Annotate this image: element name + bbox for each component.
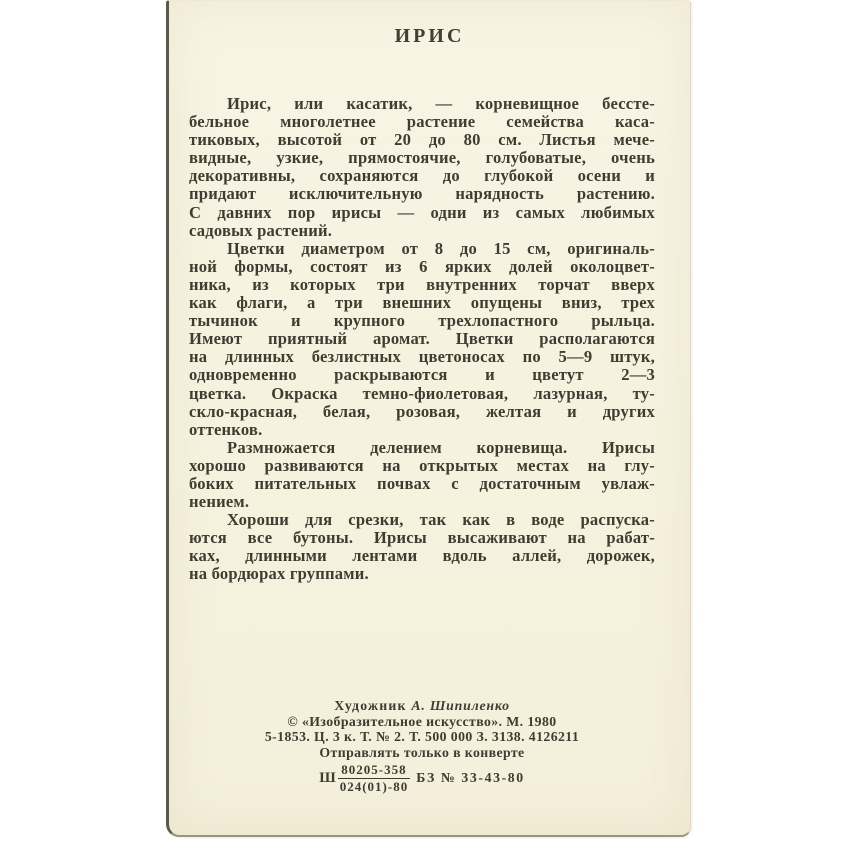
index-numerator: 80205-358 — [338, 763, 409, 779]
artist-credit: Художник А. Шипиленко — [189, 698, 655, 714]
body-line: Имеют приятный аромат. Цветки располагаю… — [189, 330, 655, 348]
index-code: Ш 80205-358 024(01)-80 БЗ № 33-43-80 — [189, 763, 655, 794]
card-title: ИРИС — [169, 25, 690, 48]
body-line: оттенков. — [189, 421, 655, 439]
body-line: ника, из которых три внутренних торчат в… — [189, 276, 655, 294]
body-line: хорошо развиваются на открытых местах на… — [189, 457, 655, 475]
body-line: одновременно раскрываются и цветут 2—3 — [189, 366, 655, 384]
index-suffix: БЗ № 33-43-80 — [416, 771, 525, 785]
body-line: цветка. Окраска темно-фиолетовая, лазурн… — [189, 385, 655, 403]
body-line: Хороши для срезки, так как в воде распус… — [189, 511, 655, 529]
publisher-line: © «Изобразительное искусство». М. 1980 — [189, 714, 655, 730]
card-body: Ирис, или касатик, — корневищное бессте-… — [189, 95, 655, 584]
postcard: ИРИС Ирис, или касатик, — корневищное бе… — [166, 0, 691, 837]
body-line: Цветки диаметром от 8 до 15 см, оригинал… — [189, 240, 655, 258]
body-line: придают исключительную нарядность растен… — [189, 185, 655, 203]
body-line: ках, длинными лентами вдоль аллей, дорож… — [189, 547, 655, 565]
body-line: Ирис, или касатик, — корневищное бессте- — [189, 95, 655, 113]
body-line: Размножается делением корневища. Ирисы — [189, 439, 655, 457]
body-line: ются все бутоны. Ирисы высаживают на раб… — [189, 529, 655, 547]
body-line: скло-красная, белая, розовая, желтая и д… — [189, 403, 655, 421]
body-line: на длинных безлистных цветоносах по 5—9 … — [189, 348, 655, 366]
body-line: тычинок и крупного трехлопастного рыльца… — [189, 312, 655, 330]
body-line: декоративны, сохраняются до глубокой осе… — [189, 167, 655, 185]
body-line: боких питательных почвах с достаточным у… — [189, 475, 655, 493]
body-line: как флаги, а три внешних опущены вниз, т… — [189, 294, 655, 312]
index-denominator: 024(01)-80 — [337, 779, 412, 794]
body-line: тиковых, высотой от 20 до 80 см. Листья … — [189, 131, 655, 149]
body-line: садовых растений. — [189, 222, 655, 240]
print-info-line: 5-1853. Ц. 3 к. Т. № 2. Т. 500 000 З. 31… — [189, 729, 655, 745]
envelope-note: Отправлять только в конверте — [189, 745, 655, 761]
imprint-block: Художник А. Шипиленко © «Изобразительное… — [189, 698, 655, 794]
body-line: нением. — [189, 493, 655, 511]
scan-background: ИРИС Ирис, или касатик, — корневищное бе… — [0, 0, 850, 850]
artist-label: Художник — [334, 698, 406, 713]
body-line: бельное многолетнее растение семейства к… — [189, 113, 655, 131]
index-fraction: 80205-358 024(01)-80 — [337, 763, 412, 794]
body-line: ной формы, состоят из 6 ярких долей окол… — [189, 258, 655, 276]
body-line: С давних пор ирисы — одни из самых любим… — [189, 204, 655, 222]
index-prefix: Ш — [319, 771, 335, 785]
body-line: видные, узкие, прямостоячие, голубоватые… — [189, 149, 655, 167]
body-line: на бордюрах группами. — [189, 565, 655, 583]
artist-name: А. Шипиленко — [411, 698, 510, 713]
